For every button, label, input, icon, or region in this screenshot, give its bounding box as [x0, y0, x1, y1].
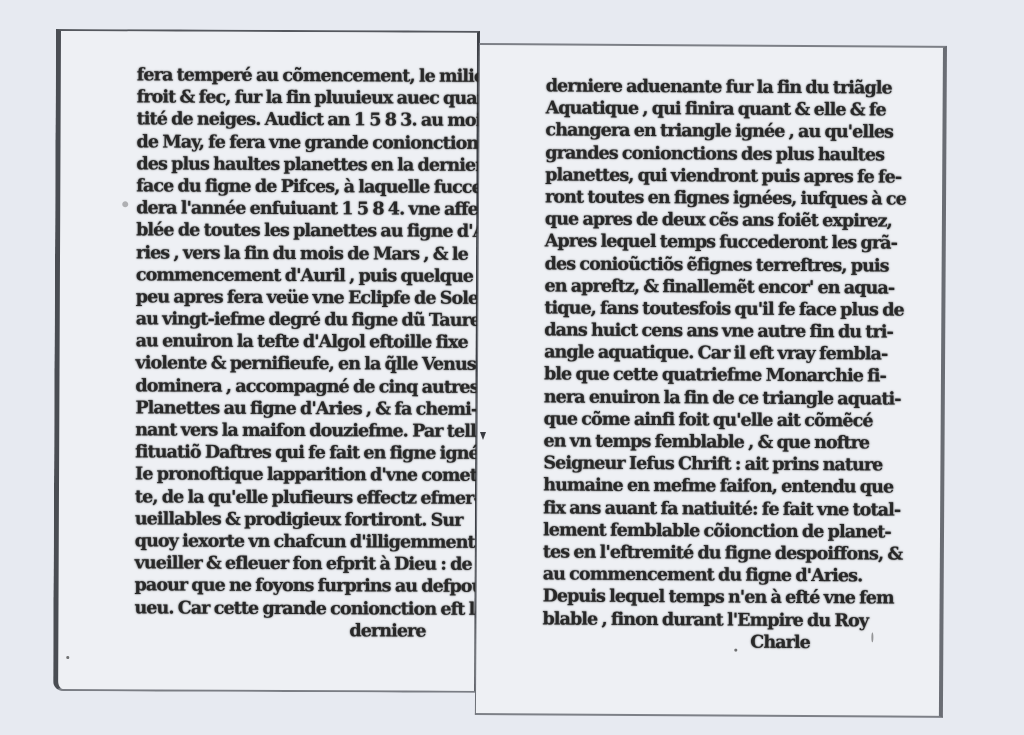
text-line: au commencement du figne d'Aries.: [543, 564, 863, 588]
text-line: au enuiron la tefte d'Algol eftoille fix…: [136, 331, 456, 355]
right-page-text: derniere aduenante fur la fin du triãgle…: [542, 75, 866, 654]
text-line: derniere aduenante fur la fin du triãgle: [546, 75, 866, 99]
text-line: ble que cette quatriefme Monarchie fi-: [544, 364, 864, 388]
text-line: blable , finon durant l'Empire du Roy: [542, 608, 862, 632]
text-line: tité de neiges. Audict an 1 5 8 3. au mo…: [137, 109, 457, 133]
text-line: Seigneur Iefus Chrift : ait prins nature: [543, 453, 863, 477]
text-line: lement femblable cõionction de planet-: [543, 519, 863, 543]
text-line: dans huict cens ans vne autre fin du tri…: [544, 319, 864, 343]
text-line: Ie pronoftique lapparition d'vne comet-: [135, 464, 455, 488]
text-line: que apres de deux cẽs ans foiẽt expirez,: [545, 209, 865, 233]
text-line: nera enuiron la fin de ce triangle aquat…: [544, 386, 864, 410]
text-line: te, de la qu'elle plufieurs effectz efme…: [135, 486, 455, 510]
text-line: que cõme ainfi foit qu'elle ait cõmẽcé: [544, 408, 864, 432]
text-line: grandes conionctions des plus haultes: [545, 142, 865, 166]
text-line: peu apres fera veüe vne Eclipfe de Solei…: [136, 286, 456, 310]
catchword: derniere: [134, 619, 454, 643]
text-line: nant vers la maifon douziefme. Par telle: [135, 419, 455, 443]
text-line: en apreftz, & finallemẽt encor' en aqua-: [544, 275, 864, 299]
text-line: Aquatique , qui finira quant & elle & fe: [546, 98, 866, 122]
text-line: Depuis lequel temps n'en à efté vne fem: [543, 586, 863, 610]
text-line: ront toutes en fignes ignées, iufques à …: [545, 186, 865, 210]
left-page: fera temperé au cõmencement, le milieu f…: [53, 29, 480, 693]
text-line: ueu. Car cette grande conionction eft la: [134, 597, 454, 621]
text-line: angle aquatique. Car il eft vray fembla-: [544, 342, 864, 366]
text-line: quoy iexorte vn chafcun d'illigemment: [135, 530, 455, 554]
text-line: ueillables & prodigieux fortiront. Sur: [135, 508, 455, 532]
text-line: violente & pernifieufe, en la q̃lle Venu…: [135, 353, 455, 377]
text-line: Planettes au figne d'Aries , & fa chemi-: [135, 397, 455, 421]
text-line: des plus haultes planettes en la dernier…: [136, 153, 456, 177]
right-page: derniere aduenante fur la fin du triãgle…: [475, 43, 947, 718]
text-line: fituatiõ Daftres qui fe fait en figne ig…: [135, 442, 455, 466]
text-line: des conioũctiõs ẽfignes terreftres, puis: [545, 253, 865, 277]
text-line: changera en triangle ignée , au qu'elles: [545, 120, 865, 144]
ink-speck: [66, 656, 69, 659]
text-line: dera l'année enfuiuant 1 5 8 4. vne affe…: [136, 197, 456, 221]
text-line: de May, fe fera vne grande conionction: [136, 131, 456, 155]
text-line: planettes, qui viendront puis apres fe f…: [545, 164, 865, 188]
ink-speck: [871, 632, 873, 642]
text-line: fera temperé au cõmencement, le milieu: [137, 64, 457, 88]
text-line: tes en l'eftremité du figne despoiffons,…: [543, 541, 863, 565]
text-line: Apres lequel temps fuccederont les grã-: [545, 231, 865, 255]
text-line: froit & fec, fur la fin pluuieux auec qu…: [137, 87, 457, 111]
text-line: dominera , accompagné de cinq autres: [135, 375, 455, 399]
ink-speck: [734, 649, 737, 652]
text-line: blée de toutes les planettes au figne d'…: [136, 220, 456, 244]
catchword: Charle: [542, 630, 862, 654]
text-line: fix ans auant fa natiuité: fe fait vne t…: [543, 497, 863, 521]
text-line: commencement d'Auril , puis quelque: [136, 264, 456, 288]
text-line: vueiller & efleuer fon efprit à Dieu : d…: [135, 552, 455, 576]
text-line: face du figne de Pifces, à laquelle fucc…: [136, 175, 456, 199]
left-page-text: fera temperé au cõmencement, le milieu f…: [134, 64, 457, 642]
text-line: au vingt-iefme degré du figne dũ Taure: [136, 308, 456, 332]
text-line: tique, fans toutesfois qu'il fe face plu…: [544, 297, 864, 321]
text-line: en vn temps femblable , & que noftre: [543, 430, 863, 454]
gutter-mark: [480, 432, 486, 440]
ink-speck: [122, 201, 128, 207]
text-line: ries , vers la fin du mois de Mars , & l…: [136, 242, 456, 266]
text-line: paour que ne foyons furprins au defpour: [135, 575, 455, 599]
text-line: humaine en mefme faifon, entendu que: [543, 475, 863, 499]
